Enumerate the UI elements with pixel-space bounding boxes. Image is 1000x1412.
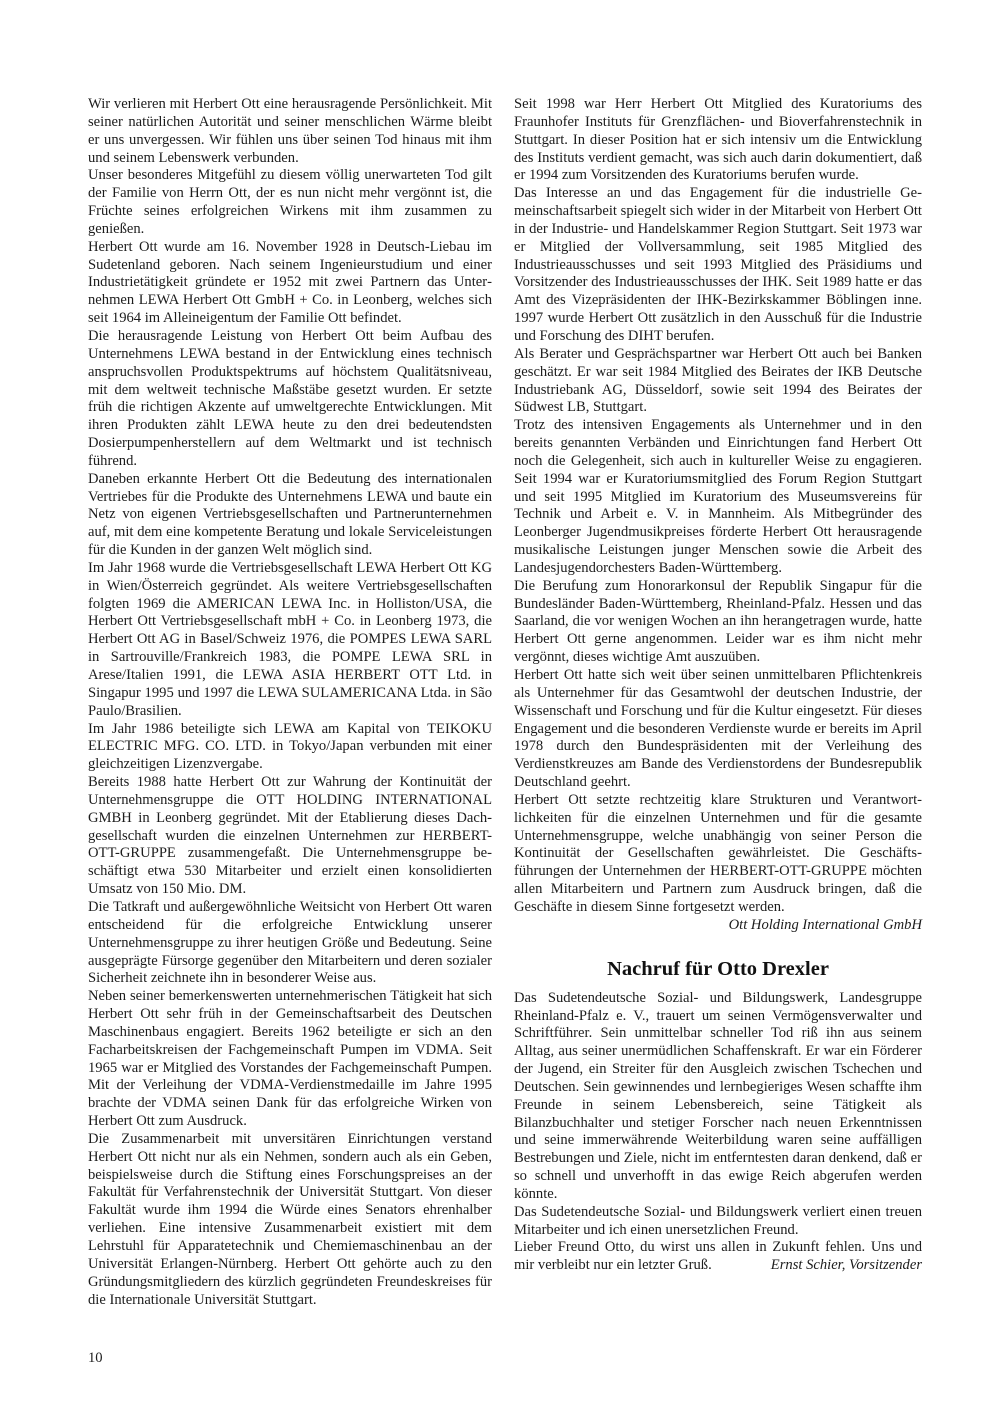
paragraph: Das Interesse an und das Engagement für … <box>514 185 922 346</box>
paragraph: Als Berater und Gesprächspartner war Her… <box>514 346 922 417</box>
right-column: Seit 1998 war Herr Herbert Ott Mitglied … <box>514 96 922 1275</box>
paragraph: Trotz des intensiven Engagements als Unt… <box>514 417 922 578</box>
paragraph: Neben seiner bemerkenswerten unternehmer… <box>88 988 492 1131</box>
paragraph: Herbert Ott wurde am 16. November 1928 i… <box>88 239 492 328</box>
paragraph: Herbert Ott setzte rechtzeitig klare Str… <box>514 792 922 917</box>
paragraph: Daneben erkannte Herbert Ott die Bedeutu… <box>88 471 492 560</box>
paragraph: Das Sudetendeutsche Sozial- und Bildungs… <box>514 990 922 1204</box>
paragraph: Das Sudetendeutsche Sozial- und Bildungs… <box>514 1204 922 1240</box>
paragraph: Im Jahr 1986 beteiligte sich LEWA am Kap… <box>88 721 492 775</box>
signature-ott-holding: Ott Holding International GmbH <box>514 917 922 935</box>
signature-ernst-schier: Ernst Schier, Vorsitzender <box>771 1257 922 1275</box>
paragraph: Im Jahr 1968 wurde die Vertriebsgesellsc… <box>88 560 492 721</box>
paragraph: Die Zusammenarbeit mit unversitären Einr… <box>88 1131 492 1309</box>
paragraph: Unser besonderes Mitgefühl zu diesem völ… <box>88 167 492 238</box>
document-page: Wir verlieren mit Herbert Ott eine herau… <box>0 0 1000 1412</box>
paragraph: Bereits 1988 hatte Herbert Ott zur Wahru… <box>88 774 492 899</box>
page-number: 10 <box>88 1350 103 1367</box>
closing-paragraph: Lieber Freund Otto, du wirst uns allen i… <box>514 1239 922 1275</box>
paragraph: Die Berufung zum Honorarkonsul der Repub… <box>514 578 922 667</box>
left-column: Wir verlieren mit Herbert Ott eine herau… <box>88 96 492 1309</box>
paragraph: Seit 1998 war Herr Herbert Ott Mitglied … <box>514 96 922 185</box>
article-heading: Nachruf für Otto Drexler <box>514 957 922 981</box>
paragraph: Die Tatkraft und außergewöhnliche Weitsi… <box>88 899 492 988</box>
paragraph: Herbert Ott hatte sich weit über seinen … <box>514 667 922 792</box>
paragraph: Die herausragende Leistung von Herbert O… <box>88 328 492 471</box>
paragraph: Wir verlieren mit Herbert Ott eine herau… <box>88 96 492 167</box>
